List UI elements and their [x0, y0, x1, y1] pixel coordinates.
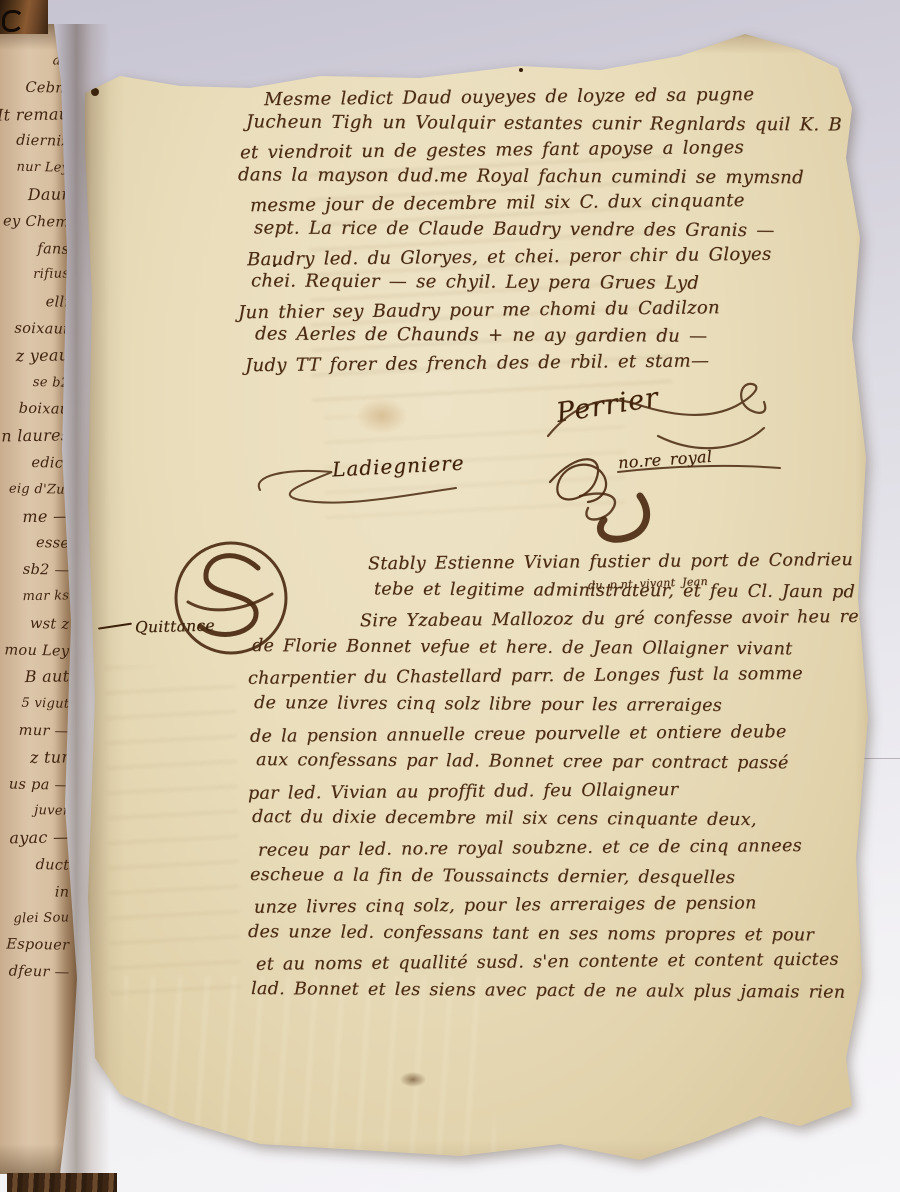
manuscript-photo: ad Cebm It remau dierniz nur Ley Daur ey… — [0, 0, 900, 1192]
act-closing-paragraph: Mesme ledict Daud ouyeyes de loyze ed sa… — [238, 84, 863, 377]
handwritten-line: de unze livres cinq solz libre pour les … — [254, 689, 885, 721]
ink-fleck — [519, 68, 523, 72]
ink-fleck — [91, 88, 99, 96]
margin-note-flourish — [98, 623, 132, 630]
handwritten-line: et au noms et quallité susd. s'en conten… — [256, 946, 885, 980]
handwritten-line: aux confessans par lad. Bonnet cree par … — [256, 746, 885, 778]
handwritten-line: tebe et legitime administrateur, et feu … — [374, 575, 885, 607]
signature-ladiegniere: Ladiegniere — [331, 451, 465, 482]
signature-perrier: Perrier — [554, 382, 661, 429]
handwritten-line: Mesme ledict Daud ouyeyes de loyze ed sa… — [264, 81, 863, 114]
handwritten-line: lad. Bonnet et les siens avec pact de ne… — [251, 975, 885, 1007]
handwritten-line: unze livres cinq solz, pour les arreraig… — [254, 888, 885, 922]
manuscript-page-wrap: 138 Mesme ledict Daud ouyeyes de loyze e… — [70, 26, 885, 1176]
handwritten-line: sept. La rice de Claude Baudry vendre de… — [254, 215, 863, 245]
handwritten-line: receu par led. no.re royal soubzne. et c… — [258, 831, 885, 865]
ink-bleedthrough — [105, 665, 241, 997]
ink-blot — [422, 49, 438, 77]
ink-smudge — [400, 1072, 426, 1087]
binding-board-bottom — [7, 1173, 117, 1192]
folio-number-text: 138 — [383, 42, 442, 81]
handwritten-line: Stably Estienne Vivian fustier du port d… — [368, 546, 885, 579]
handwritten-line: dact du dixie decembre mil six cens cinq… — [252, 803, 885, 835]
folio-number: 138 — [383, 42, 442, 81]
handwritten-line: Sire Yzabeau Mallozoz du gré confesse av… — [360, 603, 885, 636]
binding-board-top — [0, 0, 48, 34]
quittance-paragraph: Stably Estienne Vivian fustier du port d… — [248, 548, 885, 1006]
handwritten-line: Judy TT forer des french des de rbil. et… — [245, 347, 863, 380]
ink-fleck — [733, 32, 738, 37]
paper-stain — [356, 398, 408, 434]
margin-note-text: Quittance — [135, 616, 215, 636]
paper-stain — [338, 40, 402, 80]
margin-note-quittance: Quittance — [98, 616, 215, 637]
signature-title-notaire-royal: no.re royal — [617, 447, 712, 473]
manuscript-page: 138 Mesme ledict Daud ouyeyes de loyze e… — [70, 26, 885, 1176]
